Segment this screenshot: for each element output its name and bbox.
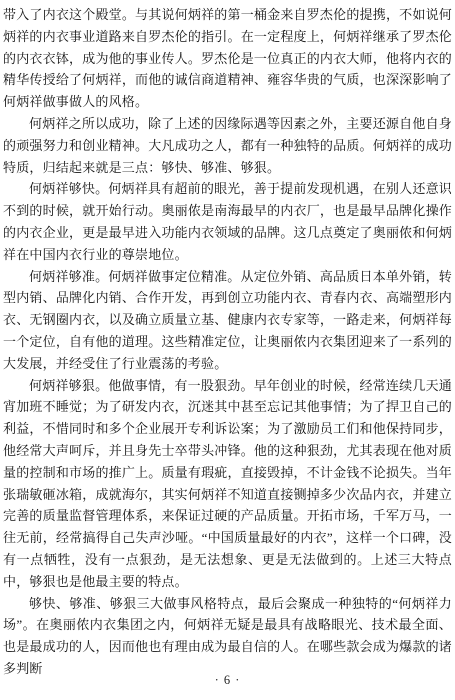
paragraph: 够快、够准、够狠三大做事风格特点，最后会聚成一种独特的“何炳祥力场”。在奥丽侬内… bbox=[3, 593, 452, 680]
paragraph: 何炳祥够快。何炳祥具有超前的眼光，善于提前发现机遇，在别人还意识不到的时候，就开… bbox=[3, 178, 452, 265]
page-number: · 6 · bbox=[0, 673, 455, 688]
paragraph: 带入了内衣这个殿堂。与其说何炳祥的第一桶金来自罗杰伦的提携，不如说何炳祥的内衣事… bbox=[3, 4, 452, 113]
body-text: 带入了内衣这个殿堂。与其说何炳祥的第一桶金来自罗杰伦的提携，不如说何炳祥的内衣事… bbox=[3, 4, 452, 680]
book-page: 带入了内衣这个殿堂。与其说何炳祥的第一桶金来自罗杰伦的提携，不如说何炳祥的内衣事… bbox=[0, 0, 455, 700]
paragraph: 何炳祥够狠。他做事情，有一股狠劲。早年创业的时候，经常连续几天通宵加班不睡觉；为… bbox=[3, 375, 452, 593]
paragraph: 何炳祥够准。何炳祥做事定位精准。从定位外销、高品质日本单外销，转型内销、品牌化内… bbox=[3, 266, 452, 375]
paragraph: 何炳祥之所以成功，除了上述的因缘际遇等因素之外，主要还源自他自身的顽强努力和创业… bbox=[3, 113, 452, 178]
